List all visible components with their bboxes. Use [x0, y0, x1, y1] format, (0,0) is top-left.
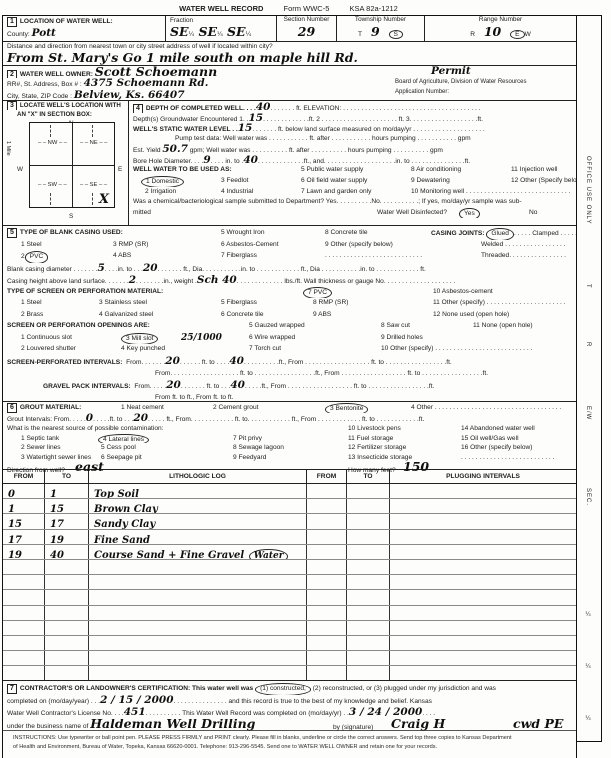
- screen-option-11[interactable]: 11 Other (specify) . . . . . . . . . . .…: [433, 298, 566, 309]
- use-option-3[interactable]: 3 Feedlot: [221, 176, 249, 187]
- form-number: Form WWC-5: [284, 4, 330, 13]
- contam-option-12[interactable]: 12 Fertilizer storage: [348, 443, 406, 453]
- casing-weight-value[interactable]: Sch 40: [197, 275, 237, 286]
- lith-to-value: 17: [50, 519, 64, 528]
- business-name-value[interactable]: Haldeman Well Drilling: [90, 719, 255, 731]
- opening-option-5[interactable]: 5 Gauzed wrapped: [249, 321, 305, 332]
- joints-clamped[interactable]: . . . . . Clamped . . . . . .: [514, 230, 576, 237]
- fraction-1-value[interactable]: SE: [170, 24, 189, 39]
- contamination-label: What is the nearest source of possible c…: [7, 424, 164, 434]
- lith-to-cell[interactable]: 1: [45, 484, 89, 498]
- margin-section-label: SEC.: [585, 488, 591, 506]
- screen-option-3[interactable]: 3 Stainless steel: [99, 298, 147, 309]
- lithologic-table: FROM TO LITHOLOGIC LOG FROM TO PLUGGING …: [3, 470, 576, 681]
- gpi-to-value[interactable]: 40: [230, 380, 245, 391]
- grout-from-value[interactable]: 0: [86, 413, 93, 424]
- casing-option-1[interactable]: 1 Steel: [21, 240, 42, 251]
- plug-from-cell[interactable]: [307, 545, 347, 559]
- slot-size-value[interactable]: 25/1000: [181, 333, 222, 344]
- lith-desc-cell[interactable]: Top Soil: [89, 484, 307, 498]
- screen-option-4[interactable]: 4 Galvanized steel: [99, 310, 153, 321]
- one-mile-label: 1 Mile: [5, 141, 11, 156]
- screen-option-2[interactable]: 2 Brass: [21, 310, 43, 321]
- spi-to-value[interactable]: 40: [229, 356, 244, 367]
- instructions-block: INSTRUCTIONS: Use typewriter or ball poi…: [3, 731, 576, 758]
- section5-block: 5TYPE OF BLANK CASING USED:5 Wrought Iro…: [3, 226, 576, 402]
- contam-option-5[interactable]: 5 Cess pool: [101, 443, 136, 453]
- plug-interval-cell[interactable]: [390, 575, 576, 589]
- lith-desc-cell[interactable]: [89, 636, 307, 650]
- casing-depth-value[interactable]: 20: [143, 263, 158, 274]
- screen-option-12[interactable]: 12 None used (open hole): [433, 310, 509, 321]
- plug-interval-cell[interactable]: [390, 606, 576, 620]
- lith-desc-cell[interactable]: [89, 575, 307, 589]
- plug-interval-cell[interactable]: [390, 560, 576, 574]
- lith-to-cell[interactable]: 19: [45, 530, 89, 544]
- plug-interval-cell[interactable]: [390, 514, 576, 528]
- pump-test-line: Pump test data: Well water was . . . . .…: [175, 135, 471, 142]
- lith-desc-cell[interactable]: [89, 621, 307, 635]
- section6-title: GROUT MATERIAL:: [20, 404, 81, 411]
- gpi-empty-line: From ft. to ft., From ft. to ft.: [155, 394, 233, 401]
- spi-from-value[interactable]: 20: [165, 356, 180, 367]
- owner-address-value[interactable]: 4375 Schoemann Rd.: [84, 78, 209, 89]
- lith-to-value: 40: [50, 550, 64, 559]
- lith-from-cell[interactable]: [3, 575, 45, 589]
- range-value[interactable]: 10: [484, 24, 501, 39]
- office-use-only-label: OFFICE USE ONLY: [585, 156, 591, 225]
- casing-diameter-value[interactable]: 5: [98, 263, 105, 274]
- groundwater-value[interactable]: 15: [248, 113, 263, 124]
- map-dash-guide: [92, 125, 93, 137]
- water-note-circled: Water: [249, 549, 289, 559]
- lith-desc-cell[interactable]: Sandy Clay: [89, 514, 307, 528]
- board-label: Board of Agriculture, Division of Water …: [395, 79, 527, 85]
- plug-to-cell[interactable]: [347, 530, 390, 544]
- lith-row-empty: [3, 651, 576, 666]
- lith-from-value: 1: [8, 504, 15, 513]
- plug-interval-cell[interactable]: [390, 636, 576, 650]
- owner-row: 2WATER WELL OWNER: Scott Schoemann RR#, …: [3, 66, 576, 101]
- lith-desc-value: Sandy Clay: [94, 519, 155, 528]
- lith-desc-cell[interactable]: [89, 666, 307, 680]
- section-map[interactable]: NW NE SW SE X: [29, 122, 115, 208]
- lith-row: 01Top Soil: [3, 484, 576, 499]
- lith-desc-cell[interactable]: [89, 651, 307, 665]
- opening-option-10[interactable]: 10 Other (specify) . . . . . . . . . . .…: [381, 344, 532, 355]
- contam-option-3[interactable]: 3 Watertight sewer lines: [21, 453, 91, 463]
- groundwater-tail: . . . . . . . . . . . . .ft. 2 . . . . .…: [263, 116, 483, 123]
- lith-row: 1940Course Sand + Fine Gravel Water: [3, 545, 576, 560]
- opening-option-7[interactable]: 7 Torch cut: [249, 344, 281, 355]
- depth-tail: . . . . . . . ft. ELEVATION: . . . . . .…: [270, 105, 480, 112]
- lith-to-cell[interactable]: 17: [45, 514, 89, 528]
- certification-line2-tail: . . . . . . . . . . . . . . . and this r…: [174, 698, 432, 705]
- map-horizontal-line: [30, 165, 114, 166]
- grout-mid: . . . . .ft. to . . .: [93, 416, 133, 423]
- lith-desc-cell[interactable]: [89, 560, 307, 574]
- direction-value[interactable]: east: [75, 462, 104, 473]
- fraction-3-value[interactable]: SE: [227, 24, 246, 39]
- contam-option-7[interactable]: 7 Pit privy: [233, 434, 262, 444]
- casing-pvc-selected[interactable]: PVC: [25, 251, 49, 263]
- business-name-label: under the business name of: [7, 723, 88, 730]
- casing-option-3[interactable]: 3 RMP (SR): [113, 240, 148, 251]
- compass-south-label: S: [69, 213, 73, 220]
- screen-option-9[interactable]: 9 ABS: [313, 310, 331, 321]
- county-value[interactable]: Pott: [32, 28, 56, 39]
- signature-flourish: cwd PE: [513, 719, 563, 730]
- joints-threaded[interactable]: Threaded. . . . . . . . . . . . . . . .: [481, 251, 566, 262]
- use-option-11[interactable]: 11 Injection well: [511, 165, 557, 176]
- grout-tail: . . . . . ft., From. . . . . . . . . . .…: [148, 416, 424, 423]
- gpi-from-value[interactable]: 20: [166, 380, 181, 391]
- lith-from-value: 0: [8, 489, 15, 498]
- fraction-2-value[interactable]: SE: [199, 24, 218, 39]
- lith-row-empty: [3, 621, 576, 636]
- plug-from-cell[interactable]: [307, 484, 347, 498]
- margin-ew-label: E/W: [585, 406, 591, 420]
- lith-to-cell[interactable]: [45, 651, 89, 665]
- casing-option-8[interactable]: 8 Concrete tile: [325, 228, 368, 239]
- lith-desc-cell[interactable]: [89, 590, 307, 604]
- plug-to-cell[interactable]: [347, 636, 390, 650]
- plug-from-cell[interactable]: [307, 651, 347, 665]
- contam-lateral-lines-selected[interactable]: 4 Lateral lines: [98, 434, 149, 444]
- screen-intervals-label: SCREEN-PERFORATED INTERVALS:: [7, 359, 122, 366]
- signature-value[interactable]: Craig H: [391, 719, 445, 730]
- lith-from-cell[interactable]: 0: [3, 484, 45, 498]
- plug-interval-cell[interactable]: [390, 666, 576, 680]
- bore-label: Bore Hole Diameter. . . .: [133, 158, 203, 165]
- distance-label: Distance and direction from nearest town…: [7, 43, 273, 50]
- water-well-record-form: WATER WELL RECORD Form WWC-5 KSA 82a-121…: [0, 0, 611, 758]
- contam-option-11[interactable]: 11 Fuel storage: [348, 434, 393, 444]
- use-option-8[interactable]: 8 Air conditioning: [411, 165, 461, 176]
- casing-option-6[interactable]: 6 Asbestos-Cement: [221, 240, 279, 251]
- opening-option-6[interactable]: 6 Wire wrapped: [249, 333, 295, 344]
- screen-material-title: TYPE OF SCREEN OR PERFORATION MATERIAL:: [7, 287, 163, 298]
- contam-option-9[interactable]: 9 Feedyard: [233, 453, 266, 463]
- gpi-to: . . . . . . . ft. to . . .: [181, 383, 230, 390]
- grout-intervals-label: Grout Intervals: From. . . . .: [7, 416, 86, 423]
- plug-interval-cell[interactable]: [390, 484, 576, 498]
- screen-pvc-selected[interactable]: 7 PVC: [303, 287, 332, 299]
- casing-option-5[interactable]: 5 Wrought Iron: [221, 228, 265, 239]
- casing-option-4[interactable]: 4 ABS: [113, 251, 131, 262]
- section2-title: WATER WELL OWNER:: [20, 71, 93, 78]
- section-number-value[interactable]: 29: [298, 24, 315, 39]
- range-label: Range Number: [425, 16, 576, 23]
- joints-welded[interactable]: Welded . . . . . . . . . . . . . . . . .: [481, 240, 566, 251]
- opening-option-2[interactable]: 2 Louvered shutter: [21, 344, 76, 355]
- form-title: WATER WELL RECORD: [179, 4, 263, 13]
- lith-from-cell[interactable]: [3, 590, 45, 604]
- grout-bentonite-selected[interactable]: 3 Bentonite: [325, 403, 368, 413]
- record-date-value[interactable]: 3 / 24 / 2000: [349, 707, 422, 718]
- fraction-box: Fraction SE¼ SE¼ SE¼: [166, 16, 277, 41]
- township-south-selected[interactable]: S: [389, 30, 403, 39]
- lith-desc-cell[interactable]: Brown Clay: [89, 499, 307, 513]
- grout-option-4[interactable]: 4 Other . . . . . . . . . . . . . . . . …: [411, 403, 561, 413]
- casing-joints-label: CASING JOINTS:: [431, 230, 485, 237]
- location-depth-row: 3LOCATE WELL'S LOCATION WITH AN "X" IN S…: [3, 101, 576, 226]
- lith-from-cell[interactable]: [3, 606, 45, 620]
- plug-interval-cell[interactable]: [390, 545, 576, 559]
- certification-block: 7CONTRACTOR'S OR LANDOWNER'S CERTIFICATI…: [3, 681, 576, 731]
- map-dash-guide: [92, 193, 93, 205]
- plug-from-cell[interactable]: [307, 666, 347, 680]
- owner-city-value[interactable]: Belview, Ks. 66407: [74, 90, 185, 100]
- yield-label: Est. Yield: [133, 147, 161, 154]
- yield-tail: gpm; Well water was . . . . . . . . . . …: [190, 147, 443, 154]
- lith-row: 1517Sandy Clay: [3, 514, 576, 529]
- use-option-4[interactable]: 4 Industrial: [221, 187, 253, 198]
- plug-from-cell[interactable]: [307, 621, 347, 635]
- lith-to-cell[interactable]: [45, 666, 89, 680]
- section3-number: 3: [7, 101, 17, 110]
- contam-option-8[interactable]: 8 Sewage lagoon: [233, 443, 284, 453]
- lith-to-cell[interactable]: [45, 606, 89, 620]
- owner-fields: 2WATER WELL OWNER: Scott Schoemann RR#, …: [3, 66, 391, 100]
- casing-other-blank: . . . . . . . . . . . . . . . . . . . . …: [325, 251, 422, 262]
- lith-to-cell[interactable]: [45, 560, 89, 574]
- screen-option-10[interactable]: 10 Asbestos-cement: [433, 287, 493, 298]
- bore-depth-value[interactable]: 40: [243, 155, 258, 166]
- section3-title-line1: LOCATE WELL'S LOCATION WITH: [20, 102, 121, 109]
- lith-from-cell[interactable]: 17: [3, 530, 45, 544]
- depth-value[interactable]: 40: [256, 102, 271, 113]
- screen-option-8[interactable]: 8 RMP (SR): [313, 298, 348, 309]
- lith-row: 115Brown Clay: [3, 499, 576, 514]
- lith-row-empty: [3, 606, 576, 621]
- license-value[interactable]: 451: [124, 707, 146, 718]
- plug-to-cell[interactable]: [347, 606, 390, 620]
- distance-value[interactable]: From St. Mary's Go 1 mile south on maple…: [7, 51, 358, 65]
- lith-desc-cell[interactable]: [89, 606, 307, 620]
- joints-glued-selected[interactable]: Glued: [486, 228, 514, 240]
- lith-from-cell[interactable]: 1: [3, 499, 45, 513]
- opening-option-9[interactable]: 9 Drilled holes: [381, 333, 423, 344]
- plug-from-cell[interactable]: [307, 575, 347, 589]
- plug-from-cell[interactable]: [307, 514, 347, 528]
- use-option-6[interactable]: 6 Oil field water supply: [301, 176, 367, 187]
- plug-from-cell[interactable]: [307, 499, 347, 513]
- plug-from-cell[interactable]: [307, 590, 347, 604]
- lith-to-value: 19: [50, 535, 64, 544]
- section2-number: 2: [7, 70, 17, 78]
- lith-desc-cell[interactable]: Course Sand + Fine Gravel Water: [89, 545, 307, 559]
- contam-option-6[interactable]: 6 Seepage pit: [101, 453, 142, 463]
- disinfected-yes-selected[interactable]: Yes: [459, 208, 480, 219]
- lith-from-cell[interactable]: [3, 636, 45, 650]
- plug-interval-cell[interactable]: [390, 590, 576, 604]
- lith-desc-value: Top Soil: [94, 489, 139, 498]
- county-box: 1LOCATION OF WATER WELL: County: Pott: [3, 16, 166, 41]
- plug-to-cell[interactable]: [347, 651, 390, 665]
- township-label: Township Number: [337, 16, 424, 23]
- compass-east-label: E: [118, 166, 122, 173]
- opening-option-8[interactable]: 8 Saw cut: [381, 321, 410, 332]
- permit-note: Permit: [431, 66, 471, 77]
- plug-to-cell[interactable]: [347, 590, 390, 604]
- plug-to-cell[interactable]: [347, 621, 390, 635]
- plug-interval-cell[interactable]: [390, 651, 576, 665]
- quarter-2: ¼: [217, 31, 223, 38]
- section4-number: 4: [133, 104, 143, 113]
- chem-sample-line: Was a chemical/bacteriological sample su…: [133, 198, 522, 205]
- map-dash-guide: [50, 193, 51, 205]
- owner-city-label: City, State, ZIP Code :: [7, 93, 72, 100]
- township-value[interactable]: 9: [371, 24, 380, 39]
- lith-from-cell[interactable]: 15: [3, 514, 45, 528]
- screen-option-5[interactable]: 5 Fiberglass: [221, 298, 257, 309]
- section-box-locator: 3LOCATE WELL'S LOCATION WITH AN "X" IN S…: [3, 101, 129, 225]
- contam-option-16[interactable]: 16 Other (specify below): [461, 443, 532, 453]
- disinfected-no[interactable]: No: [529, 208, 537, 219]
- section3-title-line2: AN "X" IN SECTION BOX:: [17, 111, 92, 118]
- opening-option-4[interactable]: 4 Key punched: [121, 344, 165, 355]
- owner-name-value[interactable]: Scott Schoemann: [95, 66, 217, 78]
- use-option-7[interactable]: 7 Lawn and garden only: [301, 187, 371, 198]
- lith-to-cell[interactable]: [45, 575, 89, 589]
- lith-from-value: 17: [8, 535, 22, 544]
- use-option-1-selected[interactable]: 1 Domestic: [141, 176, 184, 187]
- lith-from-value: 19: [8, 550, 22, 559]
- constructed-selected[interactable]: (1) constructed,: [255, 683, 311, 695]
- lith-row-empty: [3, 560, 576, 575]
- use-option-10[interactable]: 10 Monitoring well . . . . . . . . . . .…: [411, 187, 570, 198]
- feet-label: How many feet?: [348, 466, 396, 476]
- lith-to-cell[interactable]: 15: [45, 499, 89, 513]
- completed-date-value[interactable]: 2 / 15 / 2000: [100, 695, 173, 706]
- plug-to-cell[interactable]: [347, 545, 390, 559]
- use-option-2[interactable]: 2 Irrigation: [145, 187, 176, 198]
- plug-to-cell[interactable]: [347, 514, 390, 528]
- lith-to-cell[interactable]: [45, 621, 89, 635]
- lith-row-empty: [3, 590, 576, 605]
- quarter-3: ¼: [246, 31, 252, 38]
- use-option-5[interactable]: 5 Public water supply: [301, 165, 363, 176]
- instructions-line2: of Health and Environment, Bureau of Wat…: [3, 743, 576, 752]
- section6-block: 6GROUT MATERIAL:1 Neat cement2 Cement gr…: [3, 402, 576, 470]
- map-sw-label: SW: [38, 182, 67, 188]
- grout-option-2[interactable]: 2 Cement grout: [213, 403, 258, 413]
- section-number-label: Section Number: [277, 16, 336, 23]
- lith-to-value: 1: [50, 489, 57, 498]
- disinfected-label: Water Well Disinfected?: [377, 208, 447, 219]
- bore-diameter-value[interactable]: 9: [203, 155, 210, 166]
- lith-from-cell[interactable]: [3, 560, 45, 574]
- lith-from-cell[interactable]: 19: [3, 545, 45, 559]
- distance-row: Distance and direction from nearest town…: [3, 42, 576, 66]
- spi-tail: . . . . . . . . . .ft., From . . . . . .…: [244, 359, 452, 366]
- lith-from-cell[interactable]: [3, 621, 45, 635]
- static-level-value[interactable]: 15: [238, 123, 253, 134]
- lith-to-cell[interactable]: [45, 636, 89, 650]
- plug-to-cell[interactable]: [347, 484, 390, 498]
- static-level-tail: . . . . . . . ft. below land surface mea…: [252, 126, 484, 133]
- range-box: Range Number R 10 EW: [425, 16, 576, 41]
- feet-value[interactable]: 150: [403, 462, 429, 473]
- casing-height-value[interactable]: 2: [129, 275, 136, 286]
- office-use-column: OFFICE USE ONLY T R E/W SEC. ¼ ¼ ¼: [577, 15, 602, 742]
- lith-to-cell[interactable]: [45, 590, 89, 604]
- plug-to-cell[interactable]: [347, 560, 390, 574]
- plug-to-cell[interactable]: [347, 666, 390, 680]
- openings-title: SCREEN OR PERFORATION OPENINGS ARE:: [7, 321, 150, 332]
- permit-block: Permit Board of Agriculture, Division of…: [391, 66, 576, 100]
- contam-option-15[interactable]: 15 Oil well/Gas well: [461, 434, 519, 444]
- lith-from-cell[interactable]: [3, 666, 45, 680]
- use-label: WELL WATER TO BE USED AS:: [133, 165, 232, 176]
- chem-sample-line2: mitted: [133, 209, 151, 216]
- contam-option-14[interactable]: 14 Abandoned water well: [461, 424, 535, 434]
- casing-diameter-mid: . . . .in. to . . .: [105, 266, 143, 273]
- opening-option-1[interactable]: 1 Continuous slot: [21, 333, 72, 344]
- casing-option-9[interactable]: 9 Other (specify below): [325, 240, 393, 251]
- lith-from-cell[interactable]: [3, 651, 45, 665]
- range-east-selected[interactable]: E: [510, 30, 524, 39]
- grout-to-value[interactable]: 20: [133, 413, 148, 424]
- plug-interval-cell[interactable]: [390, 499, 576, 513]
- lith-row-empty: [3, 575, 576, 590]
- plug-interval-cell[interactable]: [390, 530, 576, 544]
- casing-diameter-label: Blank casing diameter . . . . . . .: [7, 266, 98, 273]
- plug-from-cell[interactable]: [307, 606, 347, 620]
- certification-line1-tail: (2) reconstructed, or (3) plugged under …: [313, 685, 496, 692]
- margin-township-label: T: [585, 284, 591, 289]
- section1-number: 1: [7, 17, 17, 27]
- grout-option-1[interactable]: 1 Neat cement: [121, 403, 164, 413]
- map-se-label: SE: [80, 182, 107, 188]
- plug-from-cell[interactable]: [307, 530, 347, 544]
- county-label: County:: [7, 31, 30, 38]
- section4-block: 4DEPTH OF COMPLETED WELL. . . .40. . . .…: [129, 101, 576, 225]
- opening-mill-slot-selected[interactable]: 3 Mill slot: [121, 333, 158, 345]
- map-ne-label: NE: [80, 140, 107, 146]
- screen-option-6[interactable]: 6 Concrete tile: [221, 310, 264, 321]
- plug-from-cell[interactable]: [307, 636, 347, 650]
- yield-value[interactable]: 50.7: [162, 144, 188, 155]
- contam-option-2[interactable]: 2 Sewer lines: [21, 443, 61, 453]
- spi-empty-line: From. . . . . . . . . . . . . . . . . . …: [155, 370, 488, 377]
- contam-option-1[interactable]: 1 Septic tank: [21, 434, 59, 444]
- lith-to-cell[interactable]: 40: [45, 545, 89, 559]
- depth-label: DEPTH OF COMPLETED WELL. . . .: [146, 105, 256, 112]
- section7-number: 7: [7, 684, 17, 694]
- casing-height-tail: . . . . . . . . . . . . . lbs./ft. Wall …: [237, 278, 456, 285]
- use-option-12[interactable]: 12 Other (Specify below): [511, 176, 576, 187]
- plug-to-cell[interactable]: [347, 499, 390, 513]
- certification-line3-tail: . . . .: [422, 710, 435, 717]
- plug-to-cell[interactable]: [347, 575, 390, 589]
- contam-option-13[interactable]: 13 Insecticide storage: [348, 453, 412, 463]
- screen-option-1[interactable]: 1 Steel: [21, 298, 42, 309]
- casing-option-7[interactable]: 7 Fiberglass: [221, 251, 257, 262]
- margin-quarter-3: ¼: [585, 716, 591, 723]
- lith-desc-cell[interactable]: Fine Sand: [89, 530, 307, 544]
- opening-option-11[interactable]: 11 None (open hole): [473, 321, 533, 332]
- well-location-x-mark[interactable]: X: [99, 192, 109, 207]
- section6-number: 6: [7, 403, 17, 413]
- use-option-9[interactable]: 9 Dewatering: [411, 176, 450, 187]
- plug-from-cell[interactable]: [307, 560, 347, 574]
- gpi-from: From. . . . .: [134, 383, 166, 390]
- contam-option-10[interactable]: 10 Livestock pens: [348, 424, 401, 434]
- plug-interval-cell[interactable]: [390, 621, 576, 635]
- spi-from: From. . . . . . .: [126, 359, 165, 366]
